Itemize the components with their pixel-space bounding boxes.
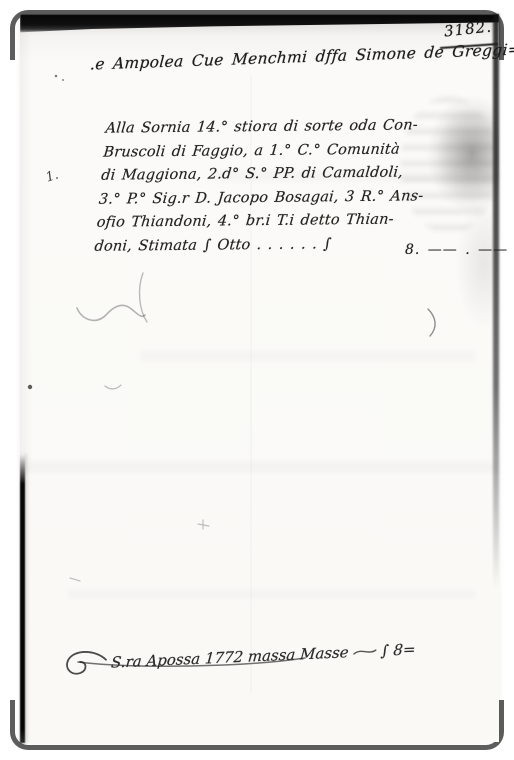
flourish-connector <box>354 650 376 654</box>
ink-cross <box>198 520 209 529</box>
ink-speck <box>28 385 32 389</box>
ink-speck <box>62 79 64 81</box>
manuscript-page: 3182. .e Ampolea Cue Menchmi dffa Simone… <box>20 14 499 742</box>
flourish-underline-stroke <box>78 658 305 666</box>
ink-dash <box>70 578 80 581</box>
ink-marks <box>20 14 499 742</box>
ink-squiggle <box>77 305 145 320</box>
flourish-connector-icon <box>351 645 377 658</box>
ink-speck <box>55 75 58 78</box>
ink-squiggle-tail <box>140 273 147 322</box>
document-scan: 3182. .e Ampolea Cue Menchmi dffa Simone… <box>0 0 514 760</box>
footer-amount: ∫ 8= <box>380 640 416 660</box>
ink-wave <box>105 385 121 389</box>
ink-arc <box>428 309 435 336</box>
flourish-underline <box>75 655 310 671</box>
